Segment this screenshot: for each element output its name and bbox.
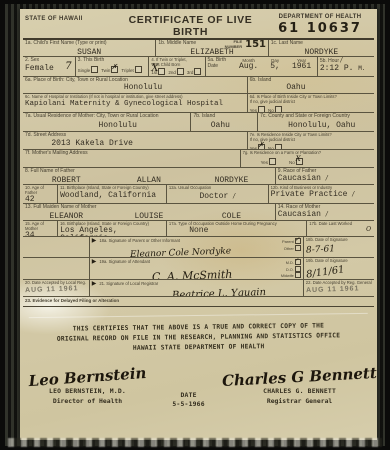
second-checkbox [177, 68, 184, 75]
field-child-first-name: 1a. Child's First Name (Type or print) S… [23, 40, 156, 56]
photo-frame: STATE OF HAWAII CERTIFICATE OF LIVE BIRT… [0, 0, 390, 450]
checkbox-triplet: Triplet [121, 66, 141, 73]
field-hour: 5b. Hour / 2:12 P. M. [318, 57, 374, 76]
field-informant-signature: ▶18a. Signature of Parent or Other Infor… [90, 237, 304, 257]
field-date-last-worked: 17b. Date Last Worked O [307, 221, 374, 236]
field-label: 7a. Usual Residence of Mother: City, Tow… [25, 114, 188, 120]
field-mother-age: 15. Age of Mother 34 [23, 221, 58, 236]
mother-birthplace-value: Los Angeles, California [60, 227, 164, 236]
field-date-accepted-general: 22. Date Accepted by Reg. General AUG 11… [304, 280, 374, 296]
mother-first-name: ELEANOR [25, 213, 108, 220]
no-checkbox-7g: NoX [289, 158, 303, 165]
county-state-value: Honolulu, Oahu [288, 122, 372, 130]
field-father-age: 10. Age of Father 42 [23, 185, 58, 203]
triplet-checkbox [135, 66, 142, 73]
date-value: 5-5-1966 [155, 400, 222, 408]
street-address-value: 2013 Kakela Drive [51, 140, 244, 148]
mother-occupation-value: None [189, 227, 304, 235]
parent-other-checkboxes: Parent✓ Other [282, 238, 301, 252]
first-checkbox [158, 68, 165, 75]
field-label: 19a. Signature of Attendant [99, 259, 150, 264]
field-hospital: 6c. Name of Hospital or Institution (If … [23, 94, 248, 112]
field-label: 23. Evidence for Delayed Filing or Alter… [25, 298, 372, 303]
mother-maiden-name: COLE [190, 213, 273, 220]
attendant-signature-script: C. A. McSmith [152, 265, 301, 279]
parent-checkbox: Parent✓ [282, 238, 301, 245]
reg-general-date-stamp: AUG 11 1961 [306, 285, 372, 294]
field-county-state: 7c. County and State or Foreign Country … [258, 113, 374, 131]
field-label: 7b. Island [193, 114, 255, 120]
checkbox-single: Single [78, 66, 99, 73]
field-father-birthplace: 11. Birthplace (Island, State or Foreign… [58, 185, 167, 203]
hospital-value: Kapiolani Maternity & Gynecological Hosp… [25, 101, 245, 109]
yes-checkbox-7g: Yes [261, 158, 276, 165]
certificate-number-stamp: 61 10637 [268, 21, 372, 36]
certificate-header: STATE OF HAWAII CERTIFICATE OF LIVE BIRT… [23, 11, 374, 40]
director-signature-block: Leo Bernstein LEO BERNSTEIN, M.D. Direct… [20, 368, 155, 408]
child-last-name-value: NORDYKE [271, 49, 372, 56]
third-checkbox [194, 68, 201, 75]
birth-year-value: 1961 [288, 63, 314, 71]
father-business-value: Private Practice / [271, 191, 372, 199]
informant-signature-script: Eleanor Cole Nordyke [130, 244, 301, 257]
field-sex: 2. Sex Female 7 [23, 57, 76, 76]
field-label: 1b. Middle Name [158, 41, 265, 47]
department-name: DEPARTMENT OF HEALTH [268, 14, 372, 20]
field-mother-name: 13. Full Maiden Name of Mother ELEANOR L… [23, 204, 276, 220]
mother-race-value: Caucasian / [278, 211, 372, 219]
field-this-birth: 3. This Birth Single Twin✗ Triplet [76, 57, 150, 76]
father-middle-name: ALLAN [108, 177, 191, 184]
field-father-occupation: 12a. Usual Occupation Doctor / [167, 185, 269, 203]
field-label: 7g. Is Residence on a Farm or Plantation… [243, 151, 372, 156]
field-attendant-signature-date: 19b. Date of Signature 8/11/61 [304, 258, 374, 279]
date-label: DATE [155, 391, 222, 399]
birth-day-value: 5, [262, 63, 288, 71]
field-attendant-signature: ▶19a. Signature of Attendant C. A. McSmi… [90, 258, 304, 279]
field-evidence-delayed-filing: 23. Evidence for Delayed Filing or Alter… [23, 297, 374, 306]
field-child-middle-name: 1b. Middle Name ELIZABETH [156, 40, 268, 56]
father-last-name: NORDYKE [190, 177, 273, 184]
single-checkbox [91, 66, 98, 73]
father-first-name: ROBERT [25, 177, 108, 184]
signature-arrow-icon: ▶ [92, 281, 97, 287]
field-twin-order: 4. If Twin or Triplet,Was Child Born 1st… [149, 57, 205, 76]
twin-checkbox: ✗ [111, 66, 118, 73]
certification-statement: THIS CERTIFIES THAT THE ABOVE IS A TRUE … [29, 313, 368, 354]
yes-checkbox-7e: Yes✗ [250, 144, 265, 149]
birth-month-value: Aug. [235, 63, 261, 71]
child-first-name-value: SUSAN [25, 49, 153, 56]
field-label: 17b. Date Last Worked [309, 222, 372, 227]
field-label: 13. Full Maiden Name of Mother [25, 205, 273, 211]
field-mother-residence: 7a. Usual Residence of Mother: City, Tow… [23, 113, 191, 131]
field-label: 7d. Street Address [25, 133, 245, 139]
date-block: DATE 5-5-1966 [155, 368, 222, 408]
field-mother-birthplace: 16. Birthplace (Island, State or Foreign… [58, 221, 167, 236]
handwritten-mark: 7 [65, 61, 71, 72]
place-of-birth-value: Honolulu [124, 84, 245, 92]
certificate-form: 1a. Child's First Name (Type or print) S… [23, 40, 374, 307]
father-occupation-value: Doctor / [169, 193, 266, 201]
frame-bottom-texture [8, 438, 382, 447]
field-label: 18a. Signature of Parent or Other Inform… [99, 238, 180, 243]
attendant-certify-note [23, 258, 90, 279]
field-mailing-address: 7f. Mother's Mailing Address [23, 150, 241, 167]
hour-value: 2:12 P. M. [320, 65, 372, 73]
director-title: Director of Health [20, 397, 155, 405]
field-label: 7c. County and State or Foreign Country [260, 114, 372, 120]
field-label: 7f. Mother's Mailing Address [25, 151, 238, 157]
signature-footer: Leo Bernstein LEO BERNSTEIN, M.D. Direct… [20, 368, 377, 408]
field-label: 1a. Child's First Name (Type or print) [25, 41, 153, 47]
registrar-title: Registrar General [222, 397, 377, 405]
field-date-accepted-local: 20. Date Accepted by Local Reg. AUG 11 1… [23, 280, 90, 296]
field-label: 21. Signature of Local Registrar [99, 281, 158, 286]
state-name: STATE OF HAWAII [25, 14, 113, 22]
local-reg-date-stamp: AUG 11 1961 [25, 285, 87, 294]
field-farm-plantation: 7g. Is Residence on a Farm or Plantation… [241, 150, 374, 167]
field-father-race: 9. Race of Father Caucasian / [276, 168, 374, 184]
certify-note-text [25, 238, 87, 239]
field-local-registrar-signature: ▶21. Signature of Local Registrar Beatri… [90, 280, 304, 296]
handwritten-x-mark: X [151, 63, 158, 74]
field-mother-race: 14. Race of Mother Caucasian / [276, 204, 374, 220]
field-place-of-birth: 6a. Place of Birth: City, Town or Rural … [23, 77, 248, 93]
mother-age-value: 34 [25, 232, 55, 236]
signature-arrow-icon: ▶ [92, 259, 97, 265]
residence-value: Honolulu [99, 122, 189, 130]
field-island-7b: 7b. Island Oahu [191, 113, 258, 131]
certificate-title: CERTIFICATE OF LIVE BIRTH [113, 14, 268, 38]
field-label: 8. Full Name of Father [25, 169, 273, 175]
field-island-6b: 6b. Island Oahu [248, 77, 374, 93]
father-race-value: Caucasian / [278, 175, 372, 183]
signature-arrow-icon: ▶ [92, 238, 97, 244]
residence-island-value: Oahu [211, 122, 255, 130]
field-label: 12a. Usual Occupation [169, 186, 266, 191]
child-middle-name-value: ELIZABETH [158, 49, 265, 56]
father-age-value: 42 [25, 196, 55, 203]
mother-middle-name: LOUISE [108, 213, 191, 220]
field-birth-inside-limits: 6d. Is Place of Birth Inside City or Tow… [248, 94, 374, 112]
checkbox-3rd: 3rd [187, 68, 202, 75]
father-birthplace-value: Woodland, California [60, 192, 164, 200]
attendant-type-checkboxes: M.D.✓ D.O. Midwife Other [281, 259, 301, 279]
field-mother-occupation: 17a. Type of Occupation Outside Home Dur… [167, 221, 307, 236]
checkbox-twin: Twin✗ [101, 66, 118, 73]
field-father-business: 12b. Kind of Business or Industry Privat… [269, 185, 374, 203]
other-checkbox: Other [282, 245, 301, 252]
field-informant-signature-date: 18b. Date of Signature 8-7-61 [304, 237, 374, 257]
yes-checkbox-6d: Yes [250, 106, 265, 112]
no-checkbox-7e: No [268, 144, 282, 149]
field-father-name: 8. Full Name of Father ROBERT ALLAN NORD… [23, 168, 276, 184]
attendant-note-text [25, 259, 87, 260]
checkbox-2nd: 2nd [168, 68, 184, 75]
informant-signature-date-value: 8-7-61 [306, 242, 373, 255]
informant-certify-note [23, 237, 90, 257]
field-birth-date: 5a. BirthDate MonthAug. Day5, Year1961 [206, 57, 318, 76]
field-residence-inside-limits: 7e. Is Residence Inside City or Town Lim… [248, 132, 374, 149]
field-street-address: 7d. Street Address 2013 Kakela Drive [23, 132, 248, 149]
no-checkbox-6d: No [268, 106, 282, 112]
registrar-signature-block: Charles G Bennett CHARLES G. BENNETT Reg… [222, 368, 377, 408]
island-value: Oahu [286, 84, 372, 92]
field-label: 1c. Last Name [271, 41, 372, 47]
field-child-last-name: 1c. Last Name NORDYKE [269, 40, 374, 56]
